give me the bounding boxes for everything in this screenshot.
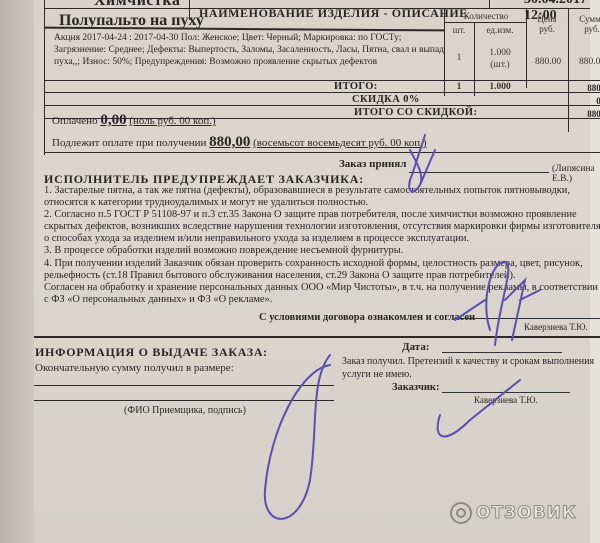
received-statement: Заказ получил. Претензий к качеству и ср… <box>342 355 600 381</box>
column-header-quantity: Количество <box>446 11 526 21</box>
receiver-line <box>34 400 334 401</box>
due-amount-line: Подлежит оплате при получении 880,00 (во… <box>52 134 427 151</box>
customer-name: Каверзиева Т.Ю. <box>474 395 538 405</box>
column-header-name: НАИМЕНОВАНИЕ ИЗДЕЛИЯ - ОПИСАНИЕ <box>199 6 468 21</box>
divider <box>526 8 527 88</box>
paid-label: Оплачено <box>52 115 98 127</box>
warning-item: 2. Согласно п.5 ГОСТ Р 51108-97 и п.3 ст… <box>44 209 600 245</box>
final-sum-line <box>34 385 334 386</box>
consent-text: Согласен на обработку и хранение персона… <box>44 282 600 306</box>
item-title: Полупальто на пуху <box>59 12 204 30</box>
column-header-price: Цена руб. <box>532 14 562 34</box>
agreement-name: Каверзиева Т.Ю. <box>524 322 588 332</box>
due-label: Подлежит оплате при получении <box>52 137 206 149</box>
item-sum: 880.00 <box>570 57 600 67</box>
section-divider <box>34 336 600 338</box>
column-header-unit: ед.изм. <box>474 25 526 35</box>
otzovik-watermark: ОТЗОВИК <box>450 502 577 524</box>
date-line <box>442 352 562 353</box>
divider <box>444 22 526 23</box>
warning-item: 1. Застарелые пятна, а так же пятна (деф… <box>44 185 600 209</box>
item-unit: (шт.) <box>474 60 526 70</box>
column-header-sum: Сумма руб. <box>572 14 600 34</box>
divider <box>44 152 600 153</box>
page-shadow-left <box>0 0 34 543</box>
discount-label: СКИДКА 0% <box>352 94 420 105</box>
customer-label: Заказчик: <box>392 382 439 393</box>
agreement-label: С условиями договора ознакомлен и соглас… <box>259 312 475 323</box>
warning-item: 3. В процессе обработки изделий возможно… <box>44 245 600 257</box>
customer-signature-line <box>442 392 570 393</box>
accepted-signature-line <box>409 172 549 173</box>
warnings-list: 1. Застарелые пятна, а так же пятна (деф… <box>44 185 600 306</box>
paid-amount: 0,00 <box>100 112 126 128</box>
agreement-signature-line <box>454 318 600 319</box>
item-price: 880.00 <box>528 57 568 67</box>
total-label: ИТОГО: <box>334 81 378 92</box>
divider <box>44 92 600 93</box>
item-pcs: 1 <box>444 53 474 63</box>
date-label: Дата: <box>402 341 429 353</box>
receipt-sheet: Химчистка 30.04.2017 12:00 НАИМЕНОВАНИЕ … <box>34 0 590 543</box>
total-sum: 880.00 <box>552 83 600 93</box>
due-words: (восемьсот восемьдесят руб. 00 коп.) <box>253 137 426 149</box>
item-unit-qty: 1.000 <box>474 48 526 58</box>
total-pcs: 1 <box>444 82 474 92</box>
divider <box>44 80 600 81</box>
paid-amount-line: Оплачено 0,00 (ноль руб. 00 коп.) <box>52 112 216 129</box>
issue-title: ИНФОРМАЦИЯ О ВЫДАЧЕ ЗАКАЗА: <box>35 345 268 360</box>
receiver-note: (ФИО Приемщика, подпись) <box>124 405 246 416</box>
final-sum-label: Окончательную сумму получил в размере: <box>35 362 234 374</box>
divider <box>489 0 490 8</box>
paid-words: (ноль руб. 00 коп.) <box>129 115 215 127</box>
discounted-total-label: ИТОГО СО СКИДКОЙ: <box>354 107 477 118</box>
divider <box>44 0 45 155</box>
discounted-total-value: 880.00 <box>552 109 600 119</box>
accepted-by-name: (Липясина Е.В.) <box>552 164 595 184</box>
accepted-by-label: Заказ принял <box>339 158 406 170</box>
power-ring-icon <box>450 502 472 524</box>
divider <box>44 105 600 106</box>
due-amount: 880,00 <box>209 134 250 150</box>
warning-item: 4. При получении изделий Заказчик обязан… <box>44 258 600 282</box>
watermark-text: ОТЗОВИК <box>476 503 577 523</box>
item-description: Акция 2017-04-24 : 2017-04-30 Пол: Женск… <box>54 32 449 68</box>
total-qty: 1.000 <box>474 82 526 92</box>
discount-value: 0.00 <box>552 96 600 106</box>
